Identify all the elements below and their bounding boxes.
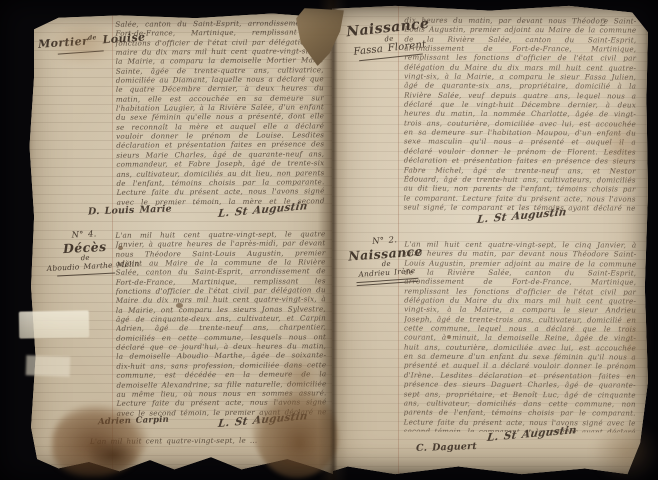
left-margin-particle: de	[88, 34, 97, 42]
right-act2-signatures: L. St Augustin	[452, 428, 612, 440]
left-margin-name: Mortierde Louise	[37, 27, 122, 56]
right-page: 2 Naissance de Fassa Florent dix heures …	[332, 4, 648, 476]
left-act2-text: L'an mil huit cent quatre-vingt-sept, le…	[115, 229, 326, 416]
right-act2-text: L'an mil huit cent quatre-vingt-sept, le…	[404, 239, 637, 432]
right-act1-signatures: L. St Augustin	[462, 210, 582, 222]
signature: Adrien Carpin	[98, 415, 169, 427]
left-act1-text: Salée, canton du Saint-Esprit, arrondiss…	[115, 18, 324, 207]
registry-scan: Mortierde Louise Salée, canton du Saint-…	[0, 0, 658, 480]
signature: D. Louis Marie	[88, 204, 172, 218]
underline	[57, 272, 115, 276]
right-act1-text: dix heures du matin, par devant nous Thé…	[404, 15, 637, 212]
right-act2-signatures-2: C. Daguert	[416, 442, 536, 453]
underline	[58, 50, 104, 54]
left-act1-signatures: D. Louis Marie L. St Augustin	[88, 204, 308, 216]
left-margin-act-heading: N° 4. Décès de Aboudio Marthe Mélin	[45, 228, 125, 277]
left-footer-line: L'an mil huit cent quatre-vingt-sept, le…	[90, 435, 326, 449]
left-act2-signatures: Adrien Carpin L. St Augustin	[98, 414, 308, 426]
left-margin-surname: Mortier	[38, 34, 89, 50]
signature: C. Daguert	[416, 441, 477, 454]
left-page: Mortierde Louise Salée, canton du Saint-…	[28, 6, 333, 474]
